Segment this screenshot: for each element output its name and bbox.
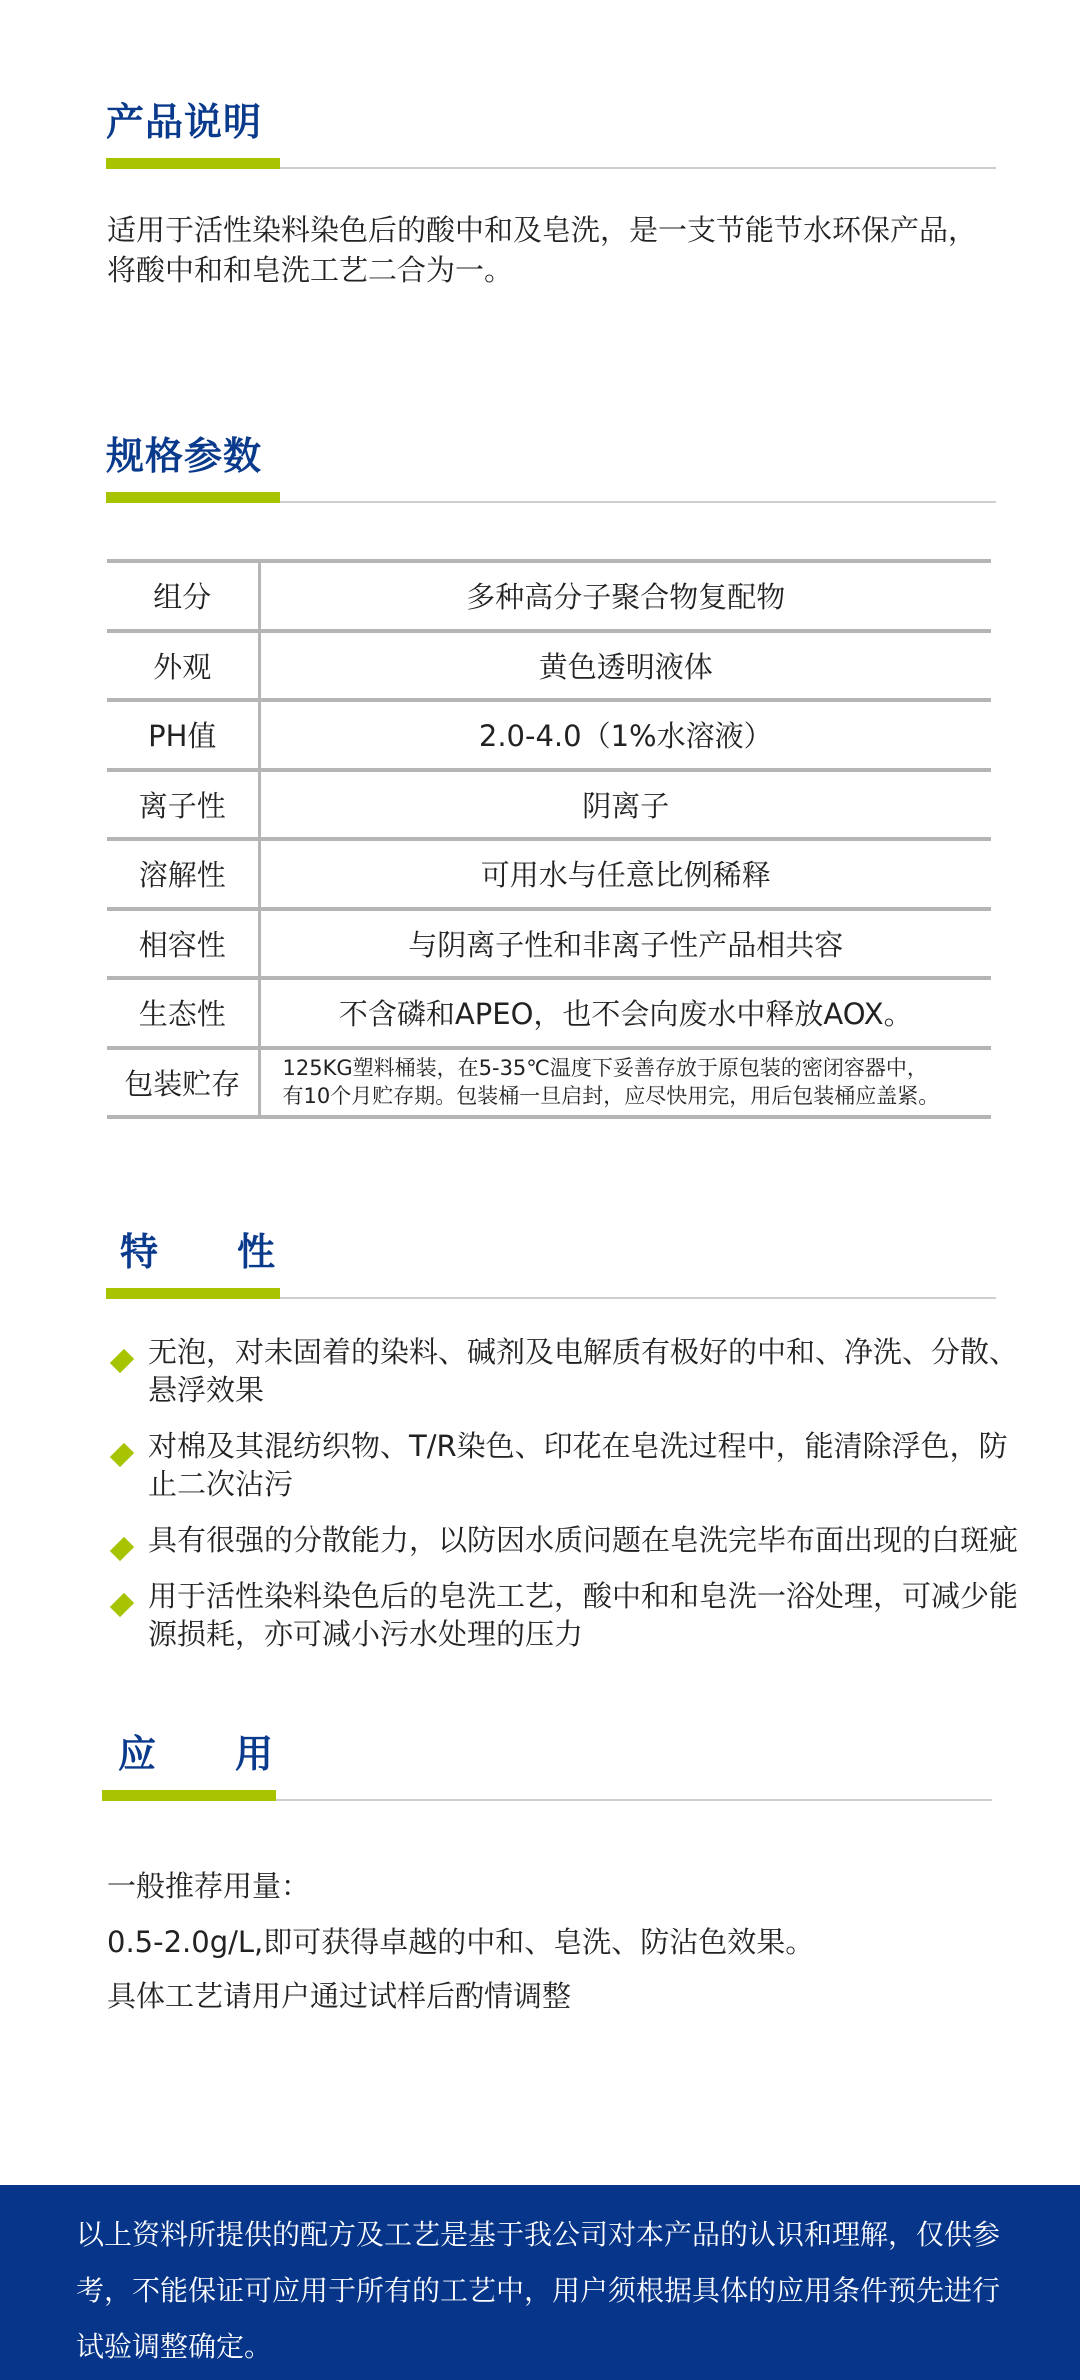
spec-label: 相容性 — [107, 909, 259, 979]
application-line: 一般推荐用量： — [107, 1866, 310, 1906]
section-header-application: 应 用 — [102, 1730, 992, 1802]
section-title: 规格参数 — [106, 432, 996, 480]
spec-value: 2.0-4.0（1%水溶液） — [259, 700, 991, 770]
feature-list: 无泡，对未固着的染料、碱剂及电解质有极好的中和、净洗、分散、悬浮效果 对棉及其混… — [112, 1333, 1032, 1671]
disclaimer-text: 以上资料所提供的配方及工艺是基于我公司对本产品的认识和理解，仅供参考，不能保证可… — [76, 2207, 1026, 2375]
list-item: 具有很强的分散能力，以防因水质问题在皂洗完毕布面出现的白斑疵 — [112, 1521, 1032, 1559]
spec-value: 黄色透明液体 — [259, 631, 991, 701]
spec-value: 阴离子 — [259, 770, 991, 840]
diamond-bullet-icon — [110, 1443, 134, 1467]
spec-label: 溶解性 — [107, 839, 259, 909]
table-row: 生态性 不含磷和APEO，也不会向废水中释放AOX。 — [107, 978, 991, 1048]
table-row: 包装贮存 125KG塑料桶装，在5-35℃温度下妥善存放于原包装的密闭容器中， … — [107, 1048, 991, 1118]
spec-label: 包装贮存 — [107, 1048, 259, 1118]
list-item: 用于活性染料染色后的皂洗工艺，酸中和和皂洗一浴处理，可减少能源损耗，亦可减小污水… — [112, 1577, 1032, 1653]
description-text: 适用于活性染料染色后的酸中和及皂洗，是一支节能节水环保产品，将酸中和和皂洗工艺二… — [107, 210, 987, 290]
application-line: 具体工艺请用户通过试样后酌情调整 — [107, 1976, 571, 2016]
spec-value: 125KG塑料桶装，在5-35℃温度下妥善存放于原包装的密闭容器中， 有10个月… — [259, 1048, 991, 1118]
spec-value-line: 125KG塑料桶装，在5-35℃温度下妥善存放于原包装的密闭容器中， — [283, 1054, 992, 1082]
spec-label: 离子性 — [107, 770, 259, 840]
table-row: 组分 多种高分子聚合物复配物 — [107, 561, 991, 631]
spec-value: 与阴离子性和非离子性产品相共容 — [259, 909, 991, 979]
table-row: 溶解性 可用水与任意比例稀释 — [107, 839, 991, 909]
table-row: 相容性 与阴离子性和非离子性产品相共容 — [107, 909, 991, 979]
diamond-bullet-icon — [110, 1349, 134, 1373]
section-header-specs: 规格参数 — [106, 432, 996, 504]
spec-label: 组分 — [107, 561, 259, 631]
section-divider — [106, 492, 996, 504]
table-row: 外观 黄色透明液体 — [107, 631, 991, 701]
list-item: 对棉及其混纺织物、T/R染色、印花在皂洗过程中，能清除浮色，防止二次沾污 — [112, 1427, 1032, 1503]
spec-label: PH值 — [107, 700, 259, 770]
spec-value: 不含磷和APEO，也不会向废水中释放AOX。 — [259, 978, 991, 1048]
table-row: PH值 2.0-4.0（1%水溶液） — [107, 700, 991, 770]
section-divider — [106, 158, 996, 170]
spec-value-line: 有10个月贮存期。包装桶一旦启封，应尽快用完，用后包装桶应盖紧。 — [283, 1082, 992, 1110]
section-title: 应 用 — [102, 1730, 992, 1778]
section-title: 产品说明 — [106, 98, 996, 146]
diamond-bullet-icon — [110, 1593, 134, 1617]
spec-value: 多种高分子聚合物复配物 — [259, 561, 991, 631]
section-title: 特 性 — [106, 1228, 996, 1276]
disclaimer-footer: 以上资料所提供的配方及工艺是基于我公司对本产品的认识和理解，仅供参考，不能保证可… — [0, 2185, 1080, 2380]
spec-label: 生态性 — [107, 978, 259, 1048]
spec-table: 组分 多种高分子聚合物复配物 外观 黄色透明液体 PH值 2.0-4.0（1%水… — [107, 559, 991, 1119]
table-row: 离子性 阴离子 — [107, 770, 991, 840]
list-item: 无泡，对未固着的染料、碱剂及电解质有极好的中和、净洗、分散、悬浮效果 — [112, 1333, 1032, 1409]
section-header-description: 产品说明 — [106, 98, 996, 170]
section-divider — [102, 1790, 992, 1802]
section-header-features: 特 性 — [106, 1228, 996, 1300]
spec-label: 外观 — [107, 631, 259, 701]
application-line: 0.5-2.0g/L,即可获得卓越的中和、皂洗、防沾色效果。 — [107, 1922, 814, 1962]
spec-value: 可用水与任意比例稀释 — [259, 839, 991, 909]
section-divider — [106, 1288, 996, 1300]
diamond-bullet-icon — [110, 1537, 134, 1561]
